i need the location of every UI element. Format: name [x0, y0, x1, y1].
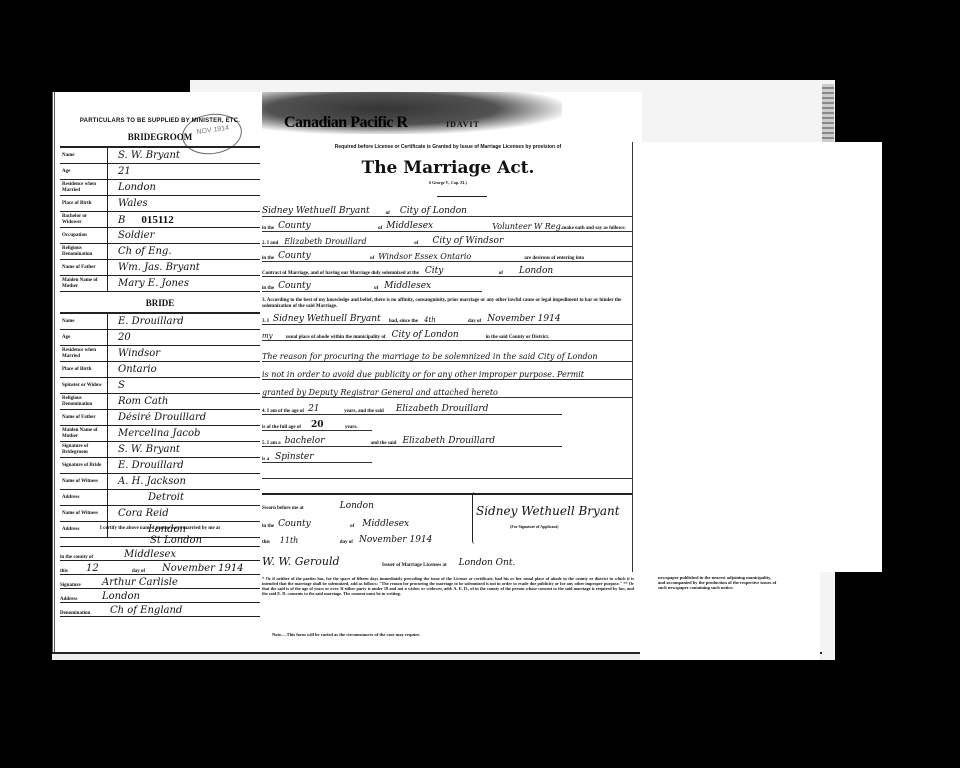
cert-label: day of — [132, 569, 156, 574]
second-party-age: 20 — [301, 420, 345, 430]
reason-text: is not in order to avoid due publicity o… — [262, 370, 584, 379]
marriage-county-line: in theCountyofMiddlesex — [262, 279, 482, 292]
text: of — [414, 241, 418, 246]
second-party-name: Elizabeth Drouillard — [396, 436, 495, 446]
minister-address: London — [96, 591, 140, 602]
solemnized-line: Contract of Marriage, and of having our … — [262, 264, 634, 277]
text: 2. I and — [262, 241, 278, 246]
field-row: NameS. W. Bryant — [60, 148, 260, 164]
text: 4. I am of the age of — [262, 409, 304, 414]
text: day of — [468, 319, 481, 324]
text: 3. I — [262, 319, 269, 324]
field-row: NameE. Drouillard — [60, 314, 260, 330]
cert-row: St London — [60, 533, 260, 547]
divider — [437, 196, 487, 197]
field-label: Maiden Name of Mother — [60, 426, 108, 441]
footnote: * Or if neither of the parties has, for … — [262, 576, 634, 596]
field-label: Name — [60, 148, 108, 163]
bridegroom-fields: NameS. W. Bryant Age21 Residence when Ma… — [60, 148, 260, 292]
field-value: Mary E. Jones — [108, 278, 260, 289]
field-row: Residence when MarriedWindsor — [60, 346, 260, 362]
residence-month: November 1914 — [481, 314, 560, 324]
text: day of — [340, 540, 353, 545]
text: in the — [262, 286, 274, 291]
field-row: Maiden Name of MotherMary E. Jones — [60, 276, 260, 292]
marriage-place: London — [503, 266, 553, 276]
field-row: Place of BirthWales — [60, 196, 260, 212]
field-value: S — [108, 380, 260, 391]
cert-day: 12 — [80, 563, 132, 574]
field-row: Maiden Name of MotherMercelina Jacob — [60, 426, 260, 442]
paragraph-no-impediment: 3. According to the best of my knowledge… — [262, 298, 634, 310]
text: in the said County or District. — [486, 335, 550, 340]
text: is a — [262, 457, 269, 462]
second-county-line: in theCountyofWindsor Essex Ontarioare d… — [262, 249, 634, 262]
field-label: Bachelor or Widower — [60, 212, 108, 227]
issuer-signature: W. W. Gerould — [262, 555, 382, 568]
cert-county: Middlesex — [110, 549, 176, 560]
field-row: Place of BirthOntario — [60, 362, 260, 378]
bridegroom-heading: BRIDEGROOM — [60, 132, 260, 142]
second-party-name: Elizabeth Drouillard — [384, 404, 489, 414]
cert-label: Signature — [60, 583, 96, 588]
certification-intro: I certify the above named parties were m… — [60, 526, 260, 531]
sworn-date-line: this11thday ofNovember 1914 — [262, 532, 462, 545]
county-name: Middlesex — [354, 519, 409, 529]
text: years, and the said — [344, 409, 384, 414]
applicant-line: Sidney Wethuell BryantofCity of London — [262, 204, 634, 217]
bride-fields: NameE. Drouillard Age20 Residence when M… — [60, 314, 260, 538]
applicant-address: Volunteer W Reg. — [492, 222, 562, 231]
field-label: Maiden Name of Mother — [60, 276, 108, 291]
field-value: 20 — [108, 332, 260, 343]
field-value: Wm. Jas. Bryant — [108, 262, 260, 273]
issuer-line: W. W. GerouldIssuer of Marriage Licenses… — [262, 550, 634, 568]
field-label: Name of Witness — [60, 506, 108, 521]
field-row: OccupationSoldier — [60, 228, 260, 244]
field-value: Mercelina Jacob — [108, 428, 260, 439]
field-value: Rom Cath — [108, 396, 260, 407]
field-row: Religious DenominationRom Cath — [60, 394, 260, 410]
bride-heading: BRIDE — [60, 298, 260, 308]
field-label: Name — [60, 314, 108, 329]
field-label: Place of Birth — [60, 362, 108, 377]
field-row: Residence when MarriedLondon — [60, 180, 260, 196]
text: and the said — [371, 441, 397, 446]
field-value: Windsor — [108, 348, 260, 359]
text: Sworn before me at — [262, 506, 304, 511]
abode-line: myusual place of abode within the munici… — [262, 328, 634, 341]
applicant-age: 21 — [304, 404, 344, 414]
field-value: Wales — [108, 198, 260, 209]
cert-label: this — [60, 569, 80, 574]
field-label: Address — [60, 490, 108, 505]
field-label: Signature of Bride — [60, 458, 108, 473]
overlapping-sheet-text: newspaper published in the nearest adjoi… — [658, 575, 778, 590]
abode-place: City of London — [386, 330, 486, 340]
field-label: Age — [60, 330, 108, 345]
field-value: London — [108, 182, 260, 193]
text: make oath and say as follows: — [562, 226, 625, 231]
applicant-signature: Sidney Wethuell Bryant — [476, 504, 620, 518]
blank-line — [262, 466, 634, 479]
cert-label: Address — [60, 597, 96, 602]
cert-label: Denomination — [60, 611, 104, 616]
second-party-name: Elizabeth Drouillard — [284, 237, 414, 246]
second-party-status: Spinster — [269, 452, 313, 462]
sworn-county-line: in theCountyofMiddlesex — [262, 516, 462, 529]
witness-name: A. H. Jackson — [108, 476, 260, 487]
required-notice: Required before License or Certificate i… — [262, 144, 634, 150]
field-label: Residence when Married — [60, 346, 108, 361]
county-name: Middlesex — [382, 221, 492, 231]
county-name: Middlesex — [378, 281, 431, 291]
field-value: Ontario — [108, 364, 260, 375]
minister-signature: Arthur Carlisle — [96, 577, 178, 588]
second-party-city: City of Windsor — [432, 236, 503, 246]
text: years. — [345, 425, 358, 430]
letterhead-text: Canadian Pacific R — [284, 114, 407, 132]
field-value: Désiré Drouillard — [108, 412, 260, 423]
field-row: Age20 — [60, 330, 260, 346]
minister-denomination: Ch of England — [104, 605, 182, 616]
place-type: City — [419, 266, 499, 276]
sworn-place: London — [304, 501, 374, 511]
witness-name: Cora Reid — [108, 508, 260, 519]
residence-line: 3. ISidney Wethuell Bryanthad, since the… — [262, 312, 634, 325]
cert-row: SignatureArthur Carlisle — [60, 575, 260, 589]
groom-signature: S. W. Bryant — [108, 444, 260, 455]
text: Contract of Marriage, and of having our … — [262, 271, 419, 276]
field-label: Spinster or Widow — [60, 378, 108, 393]
field-label: Occupation — [60, 228, 108, 243]
sworn-line: Sworn before me atLondon — [262, 498, 462, 511]
field-value: Soldier — [108, 230, 260, 241]
reason-text: The reason for procuring the marriage to… — [262, 352, 598, 361]
text: 5. I am a — [262, 441, 281, 446]
reason-line: is not in order to avoid due publicity o… — [262, 364, 634, 380]
text: is of the full age of — [262, 425, 301, 430]
cert-month-year: November 1914 — [156, 563, 244, 574]
field-label: Name of Father — [60, 410, 108, 425]
issuer-place: London Ont. — [447, 558, 516, 568]
field-value: S. W. Bryant — [108, 150, 260, 161]
particulars-header: PARTICULARS TO BE SUPPLIED BY MINISTER, … — [60, 118, 260, 124]
field-label: Religious Denomination — [60, 394, 108, 409]
resident-name: Sidney Wethuell Bryant — [269, 314, 389, 324]
sworn-month: November 1914 — [353, 535, 432, 545]
text: this — [262, 540, 270, 545]
text: in the — [262, 524, 274, 529]
minister-certification: I certify the above named parties were m… — [60, 526, 260, 617]
applicant-city: City of London — [400, 206, 467, 216]
text: of — [386, 211, 390, 216]
field-row: Bachelor or WidowerB015112 — [60, 212, 260, 228]
county-type: County — [274, 281, 374, 291]
field-label: Religious Denomination — [60, 244, 108, 259]
field-row: Spinster or WidowS — [60, 378, 260, 394]
registration-number: 015112 — [141, 214, 173, 226]
bride-signature: E. Drouillard — [108, 460, 260, 471]
cert-row: this12day ofNovember 1914 — [60, 561, 260, 575]
witness-address: Detroit — [108, 492, 260, 503]
field-row: Signature of BridegroomS. W. Bryant — [60, 442, 260, 458]
field-label: Signature of Bridegroom — [60, 442, 108, 457]
cert-row: AddressLondon — [60, 589, 260, 603]
field-value: Ch of Eng. — [108, 246, 260, 257]
applicant-status: bachelor — [281, 436, 371, 446]
field-row: Age21 — [60, 164, 260, 180]
field-row: Signature of BrideE. Drouillard — [60, 458, 260, 474]
brace — [472, 492, 478, 544]
field-value: B015112 — [108, 214, 260, 226]
cert-row: DenominationCh of England — [60, 603, 260, 617]
text: had, since the — [389, 319, 418, 324]
sworn-day: 11th — [270, 536, 340, 545]
county-line: in theCountyofMiddlesexVolunteer W Reg.m… — [262, 219, 634, 232]
reason-text: granted by Deputy Registrar General and … — [262, 388, 498, 397]
second-party-line: 2. I andElizabeth DrouillardofCity of Wi… — [262, 234, 634, 247]
signature-caption: (For Signature of Applicant) — [510, 524, 558, 529]
reason-line: The reason for procuring the marriage to… — [262, 346, 634, 362]
affidavit-heading: IDAVIT — [446, 120, 480, 129]
field-value: E. Drouillard — [108, 316, 260, 327]
field-row: Name of FatherDésiré Drouillard — [60, 410, 260, 426]
field-row: AddressDetroit — [60, 490, 260, 506]
text: are desirous of entering into — [524, 256, 584, 261]
text: usual place of abode within the municipa… — [286, 335, 386, 340]
overlapping-sheet — [632, 142, 882, 572]
age-line-2: is of the full age of20years. — [262, 418, 372, 431]
applicant-name: Sidney Wethuell Bryant — [262, 206, 370, 216]
field-row: Name of WitnessA. H. Jackson — [60, 474, 260, 490]
cert-place: St London — [110, 535, 202, 546]
text: in the — [262, 226, 274, 231]
text: in the — [262, 256, 274, 261]
field-label: Age — [60, 164, 108, 179]
field-value: 21 — [108, 166, 260, 177]
abode-pronoun: my — [262, 332, 286, 340]
county-type: County — [278, 221, 378, 231]
cert-row: in the county ofMiddlesex — [60, 547, 260, 561]
field-row: Name of WitnessCora Reid — [60, 506, 260, 522]
status-line-2: is aSpinster — [262, 450, 372, 463]
cert-label: in the county of — [60, 555, 110, 560]
county-type: County — [274, 251, 370, 261]
field-label: Place of Birth — [60, 196, 108, 211]
county-type: County — [274, 519, 350, 529]
particulars-panel: PARTICULARS TO BE SUPPLIED BY MINISTER, … — [60, 118, 260, 538]
field-row: Religious DenominationCh of Eng. — [60, 244, 260, 260]
field-label: Name of Witness — [60, 474, 108, 489]
form-title: The Marriage Act. — [262, 158, 634, 178]
field-label: Residence when Married — [60, 180, 108, 195]
field-value-text: B — [118, 215, 125, 226]
age-line: 4. I am of the age of21years, and the sa… — [262, 402, 562, 415]
blank-line — [262, 482, 634, 495]
statute-reference: 6 George V., Cap. XI.) — [262, 180, 634, 185]
back-sheet-edge — [822, 84, 834, 144]
field-label: Name of Father — [60, 260, 108, 275]
residence-day: 4th — [418, 316, 468, 324]
second-party-address: Windsor Essex Ontario — [374, 252, 524, 261]
field-row: Name of FatherWm. Jas. Bryant — [60, 260, 260, 276]
reason-line: granted by Deputy Registrar General and … — [262, 382, 634, 398]
text: Issuer of Marriage Licenses at — [382, 563, 447, 568]
status-line: 5. I am abachelorand the saidElizabeth D… — [262, 434, 562, 447]
form-note: Note.—This form will be varied as the ci… — [272, 632, 420, 637]
